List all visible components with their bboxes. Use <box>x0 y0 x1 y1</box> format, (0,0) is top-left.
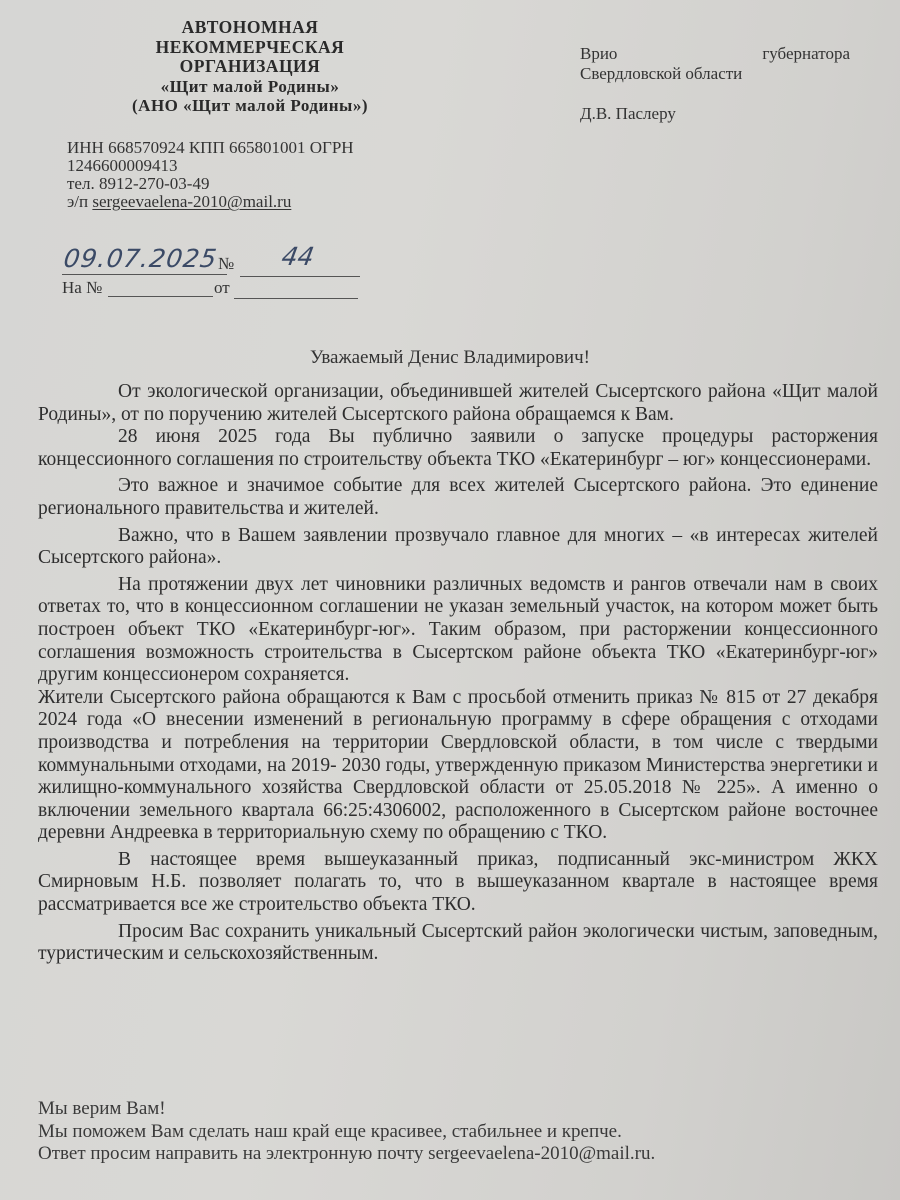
reply-number-underline <box>108 296 213 297</box>
greeting: Уважаемый Денис Владимирович! <box>0 347 900 369</box>
org-header-line: «Щит малой Родины» <box>95 77 405 97</box>
ogrn-value: 1246600009413 <box>67 157 427 175</box>
paragraph: Важно, что в Вашем заявлении прозвучало … <box>38 525 878 570</box>
date-underline <box>62 274 227 275</box>
reply-from-label: от <box>214 278 230 298</box>
closing-line: Мы поможем Вам сделать наш край еще крас… <box>38 1121 838 1144</box>
handwritten-number: 44 <box>279 242 316 271</box>
org-header-line: ОРГАНИЗАЦИЯ <box>95 57 405 77</box>
closing-line: Ответ просим направить на электронную по… <box>38 1143 838 1166</box>
phone: тел. 8912-270-03-49 <box>67 175 427 193</box>
paragraph: Это важное и значимое событие для всех ж… <box>38 475 878 520</box>
org-header-line: (АНО «Щит малой Родины») <box>95 96 405 116</box>
closing-block: Мы верим Вам! Мы поможем Вам сделать наш… <box>38 1098 838 1166</box>
paragraph: В настоящее время вышеуказанный приказ, … <box>38 849 878 917</box>
registration-block: 09.07.2025 № 44 На № от <box>62 244 362 302</box>
sender-details: ИНН 668570924 КПП 665801001 ОГРН 1246600… <box>67 139 427 211</box>
closing-line: Мы верим Вам! <box>38 1098 838 1121</box>
recipient-region: Свердловской области <box>580 64 850 84</box>
paragraph: Просим Вас сохранить уникальный Сысертск… <box>38 921 878 966</box>
email-prefix: э/п <box>67 192 92 211</box>
org-header-line: НЕКОММЕРЧЕСКАЯ <box>95 38 405 58</box>
reply-date-underline <box>234 298 358 299</box>
email-link[interactable]: sergeevaelena-2010@mail.ru <box>92 192 291 211</box>
inn-kpp-line: ИНН 668570924 КПП 665801001 ОГРН <box>67 139 427 157</box>
organization-header: АВТОНОМНАЯ НЕКОММЕРЧЕСКАЯ ОРГАНИЗАЦИЯ «Щ… <box>95 18 405 116</box>
email-line: э/п sergeevaelena-2010@mail.ru <box>67 193 427 211</box>
recipient-name: Д.В. Паслеру <box>580 104 850 124</box>
recipient-title-1: Врио <box>580 44 617 64</box>
reply-number-label: На № <box>62 278 102 298</box>
handwritten-date: 09.07.2025 <box>62 244 219 273</box>
paragraph: Жители Сысертского района обращаются к В… <box>38 687 878 845</box>
paragraph: От экологической организации, объединивш… <box>38 381 878 426</box>
recipient-title-2: губернатора <box>762 44 850 64</box>
paragraph: На протяжении двух лет чиновники различн… <box>38 574 878 687</box>
paragraph: 28 июня 2025 года Вы публично заявили о … <box>38 426 878 471</box>
org-header-line: АВТОНОМНАЯ <box>95 18 405 38</box>
recipient-block: Врио губернатора Свердловской области Д.… <box>580 44 850 124</box>
number-label: № <box>218 254 234 274</box>
letter-body: От экологической организации, объединивш… <box>38 381 878 966</box>
